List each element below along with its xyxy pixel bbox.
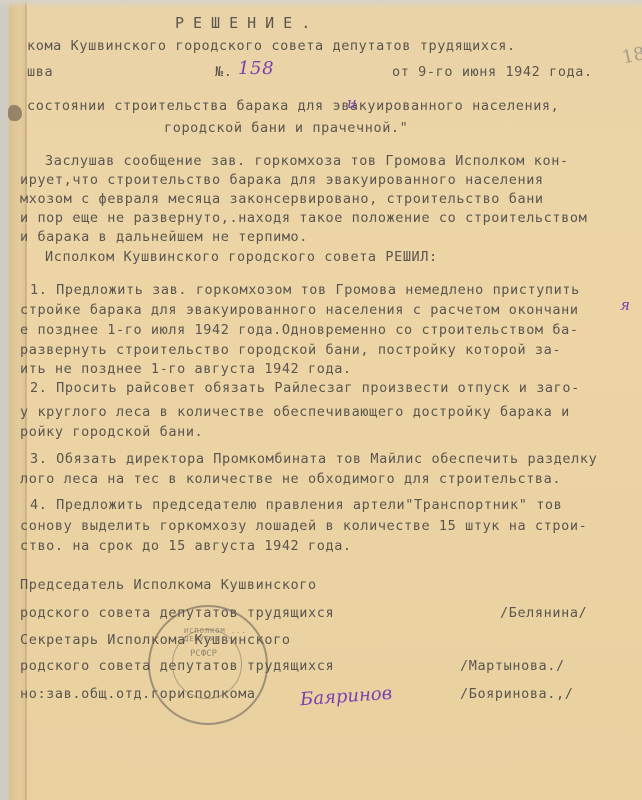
signatory-2-name: /Мартынова./ (460, 658, 565, 674)
handwritten-document-number: 158 (238, 58, 274, 79)
item-1-line-1: 1. Предложить зав. горкомхозом тов Громо… (30, 282, 580, 298)
paper-tear-mark (8, 105, 22, 121)
item-2-line-2: у круглого леса в количестве обеспечиваю… (20, 404, 570, 420)
preamble-line-5: и барака в дальнейшем не терпимо. (20, 229, 308, 245)
subject-line-1: состоянии строительства барака для эваку… (27, 98, 559, 114)
document-title: РЕШЕНИЕ. (175, 14, 319, 32)
document-page: РЕШЕНИЕ. кома Кушвинского городского сов… (0, 0, 642, 800)
item-1-line-3: е позднее 1-го июля 1942 года.Одновремен… (20, 322, 579, 338)
subject-line-2: городской бани и прачечной." (164, 120, 408, 136)
signatory-1-title-line-1: Председатель Исполкома Кушвинского (20, 577, 317, 593)
place-label: шва (27, 64, 53, 80)
subject-correction: и (347, 94, 357, 112)
item-4-line-3: ство. на срок до 15 августа 1942 года. (20, 538, 352, 554)
item-3-line-2: лого леса на тес в количестве не обходим… (20, 471, 561, 487)
fold-line (25, 0, 27, 800)
stamp-center-text: РСФСР (190, 649, 217, 659)
preamble-line-1: Заслушав сообщение зав. горкомхоза тов Г… (45, 153, 569, 169)
item-1-line-2: стройке барака для эвакуированного насел… (20, 302, 579, 318)
item-4-line-1: 4. Предложить председателю правления арт… (30, 497, 562, 513)
preamble-line-4: и пор еще не развернуто,.находя такое по… (20, 210, 587, 226)
item-1-correction: я (620, 296, 631, 314)
item-2-line-3: ройку городской бани. (20, 424, 203, 440)
item-1-line-4: развернуть строительство городской бани,… (20, 342, 561, 358)
signatory-3-name: /Бояринова.,/ (460, 686, 573, 702)
stamp-ring-text: ИСПОЛКОМ ... ДЕПУТАТ... (184, 627, 266, 643)
scan-binding-edge (0, 0, 9, 800)
handwritten-signature: Баяринов (299, 683, 392, 710)
item-1-line-5: ить не позднее 1-го августа 1942 года. (20, 361, 352, 377)
preamble-line-2: ирует,что строительство барака для эваку… (20, 172, 544, 188)
item-2-line-1: 2. Просить райсовет обязать Райлесзаг пр… (30, 380, 580, 396)
preamble-line-3: мхозом с февраля месяца законсервировано… (20, 191, 544, 207)
issuer-line: кома Кушвинского городского совета депут… (27, 38, 516, 54)
scan-top-shadow (0, 0, 642, 8)
official-round-stamp: ИСПОЛКОМ ... ДЕПУТАТ... РСФСР (148, 605, 268, 725)
number-prefix: №. (215, 64, 232, 80)
pencil-page-number: 180 (620, 41, 642, 69)
resolution-heading: Исполком Кушвинского городского совета Р… (45, 249, 438, 265)
item-4-line-2: сонову выделить горкомхозу лошадей в кол… (20, 518, 587, 534)
item-3-line-1: 3. Обязать директора Промкомбината тов М… (30, 451, 597, 467)
signatory-1-name: /Белянина/ (500, 605, 587, 621)
document-date: от 9-го июня 1942 года. (392, 64, 593, 80)
